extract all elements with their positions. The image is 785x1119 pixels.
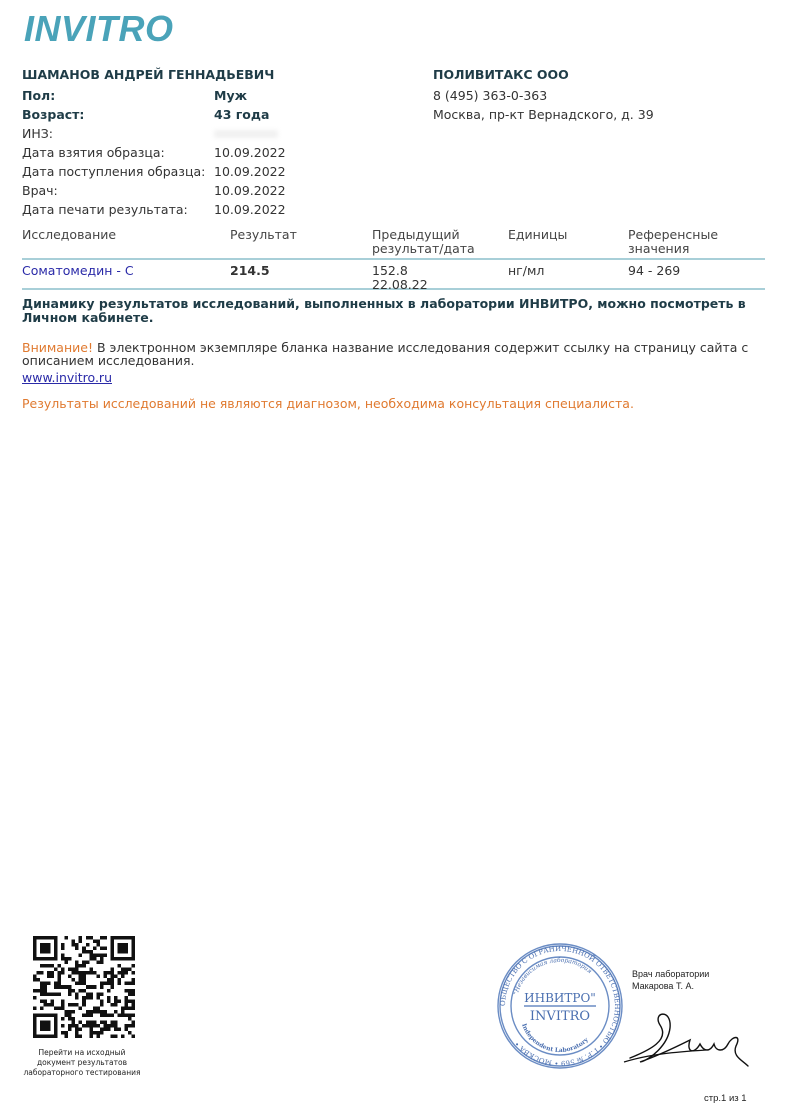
- qr-caption-line: лабораторного тестирования: [22, 1068, 142, 1078]
- field-value: 10.09.2022: [214, 181, 286, 200]
- field-label: Возраст:: [22, 105, 214, 124]
- results-table: Исследование Результат Предыдущий резуль…: [22, 228, 765, 290]
- table-row: Соматомедин - С 214.5 152.8 22.08.22 нг/…: [22, 260, 765, 290]
- field-value: 10.09.2022: [214, 200, 286, 219]
- disclaimer: Результаты исследований не являются диаг…: [22, 397, 772, 411]
- doctor-title: Врач лаборатории: [632, 968, 709, 980]
- field-value: 10.09.2022: [214, 143, 286, 162]
- lab-address: Москва, пр-кт Вернадского, д. 39: [433, 105, 654, 124]
- lab-info: ПОЛИВИТАКС ООО 8 (495) 363-0-363 Москва,…: [433, 66, 654, 124]
- svg-text:INVITRO: INVITRO: [530, 1009, 590, 1024]
- patient-info: ШАМАНОВ АНДРЕЙ ГЕННАДЬЕВИЧ Пол: Муж Возр…: [22, 66, 422, 219]
- field-label: Дата взятия образца:: [22, 143, 214, 162]
- site-link[interactable]: www.invitro.ru: [22, 370, 112, 385]
- header-reference: Референсные значения: [628, 228, 765, 258]
- study-link[interactable]: Соматомедин - С: [22, 263, 134, 278]
- attention-text: В электронном экземпляре бланка название…: [22, 340, 748, 368]
- qr-caption-line: Перейти на исходный: [22, 1048, 142, 1058]
- field-sex: Пол: Муж: [22, 86, 422, 105]
- header-study: Исследование: [22, 228, 230, 258]
- field-age: Возраст: 43 года: [22, 105, 422, 124]
- field-value: Муж: [214, 86, 247, 105]
- reference-range: 94 - 269: [628, 264, 765, 288]
- qr-caption-line: документ результатов: [22, 1058, 142, 1068]
- attention-note: Внимание! В электронном экземпляре бланк…: [22, 341, 772, 367]
- invitro-logo: INVITRO: [24, 8, 174, 50]
- table-header: Исследование Результат Предыдущий резуль…: [22, 228, 765, 260]
- field-label: Пол:: [22, 86, 214, 105]
- header-reference-line2: значения: [628, 242, 765, 256]
- header-reference-line1: Референсные: [628, 228, 765, 242]
- previous-result: 152.8 22.08.22: [372, 264, 508, 288]
- header-result: Результат: [230, 228, 372, 258]
- field-value: 43 года: [214, 105, 269, 124]
- header-previous: Предыдущий результат/дата: [372, 228, 508, 258]
- doctor-name: Макарова Т. А.: [632, 980, 709, 992]
- svg-text:ИНВИТРО": ИНВИТРО": [524, 991, 596, 1005]
- field-sample-date: Дата взятия образца: 10.09.2022: [22, 143, 422, 162]
- lab-phone: 8 (495) 363-0-363: [433, 86, 654, 105]
- doctor-signature-block: Врач лаборатории Макарова Т. А.: [632, 968, 709, 992]
- field-label: Дата печати результата:: [22, 200, 214, 219]
- svg-text:Independent Laboratory: Independent Laboratory: [520, 1023, 590, 1054]
- field-receipt-date: Дата поступления образца: 10.09.2022: [22, 162, 422, 181]
- field-label: ИНЗ:: [22, 124, 214, 143]
- signature: [620, 1000, 760, 1072]
- field-inz: ИНЗ:: [22, 124, 422, 143]
- dynamics-note: Динамику результатов исследований, выпол…: [22, 297, 772, 325]
- header-units: Единицы: [508, 228, 628, 258]
- field-label: Дата поступления образца:: [22, 162, 214, 181]
- lab-stamp: ОБЩЕСТВО С ОГРАНИЧЕННОЙ ОТВЕТСТВЕННОСТЬЮ…: [496, 942, 624, 1070]
- redacted-value: [214, 130, 278, 138]
- previous-value: 152.8: [372, 264, 508, 278]
- qr-block: Перейти на исходный документ результатов…: [22, 936, 142, 1078]
- header-previous-line2: результат/дата: [372, 242, 508, 256]
- patient-name: ШАМАНОВ АНДРЕЙ ГЕННАДЬЕВИЧ: [22, 66, 422, 86]
- units: нг/мл: [508, 264, 628, 288]
- field-print-date: Дата печати результата: 10.09.2022: [22, 200, 422, 219]
- field-doctor: Врач: 10.09.2022: [22, 181, 422, 200]
- qr-code[interactable]: [30, 936, 138, 1038]
- qr-caption: Перейти на исходный документ результатов…: [22, 1048, 142, 1078]
- page-number: стр.1 из 1: [704, 1093, 747, 1104]
- lab-name: ПОЛИВИТАКС ООО: [433, 66, 654, 86]
- field-label: Врач:: [22, 181, 214, 200]
- header-previous-line1: Предыдущий: [372, 228, 508, 242]
- result-value: 214.5: [230, 264, 372, 288]
- notes: Динамику результатов исследований, выпол…: [22, 297, 772, 411]
- field-value: 10.09.2022: [214, 162, 286, 181]
- previous-date: 22.08.22: [372, 278, 508, 292]
